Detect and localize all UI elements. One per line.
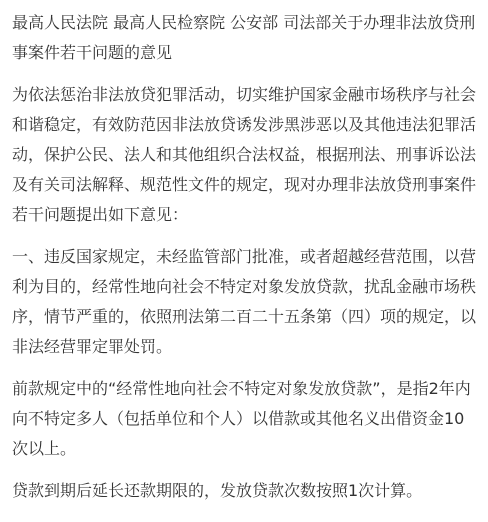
legal-document: 最高人民法院 最高人民检察院 公安部 司法部关于办理非法放贷刑事案件若干问题的意… [0,0,488,506]
document-paragraph-preamble: 为依法惩治非法放贷犯罪活动，切实维护国家金融市场秩序与社会和谐稳定，有效防范因非… [12,80,476,230]
document-paragraph-definition: 前款规定中的“经常性地向社会不特定对象发放贷款”，是指2年内向不特定多人（包括单… [12,374,476,464]
document-paragraph-article-1: 一、违反国家规定，未经监管部门批准，或者超越经营范围，以营利为目的，经常性地向社… [12,242,476,362]
document-title: 最高人民法院 最高人民检察院 公安部 司法部关于办理非法放贷刑事案件若干问题的意… [12,8,476,68]
document-paragraph-extension-rule: 贷款到期后延长还款期限的，发放贷款次数按照1次计算。 [12,476,476,506]
